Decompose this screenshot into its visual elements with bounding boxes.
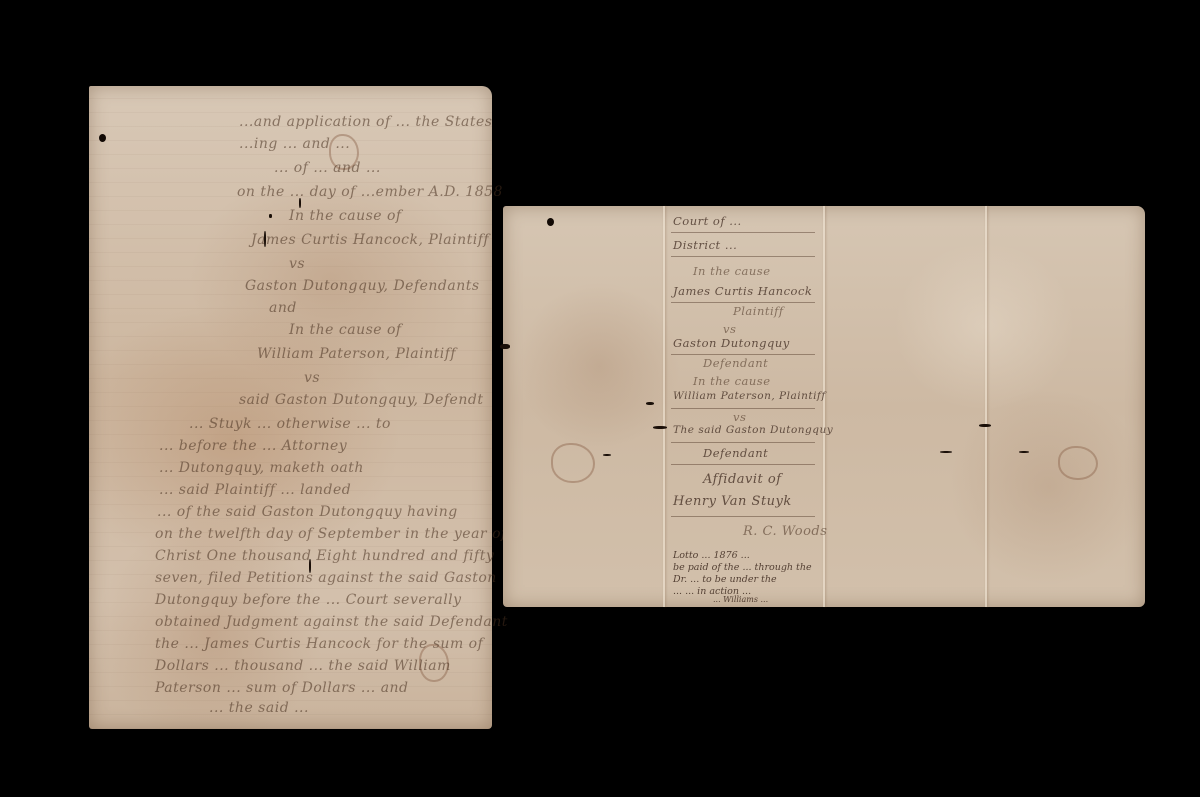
docket-note-line: be paid of the ... through the: [673, 562, 812, 574]
ink-mark: [1019, 451, 1029, 453]
letter-line: ...ing ... and ...: [239, 136, 350, 152]
letter-line: ... of ... and ...: [274, 160, 381, 176]
docket-line: Plaintiff: [733, 304, 784, 318]
letter-line: Paterson ... sum of Dollars ... and: [155, 680, 409, 696]
docket-line: Defendant: [703, 356, 768, 370]
folded-legal-document: Court of ... District ... In the cause J…: [503, 206, 1145, 607]
letter-line: said Gaston Dutongquy, Defendt: [239, 392, 483, 408]
docket-note-line: ... Williams ...: [713, 594, 768, 606]
letter-line: ... of the said Gaston Dutongquy having: [157, 504, 458, 520]
fold-crease: [985, 206, 987, 607]
docket-rule: [671, 442, 815, 443]
letter-line: ... the said ...: [209, 700, 309, 716]
letter-line: and: [269, 300, 297, 316]
letter-line: ... Stuyk ... otherwise ... to: [189, 416, 391, 432]
docket-rule: [671, 302, 815, 303]
letter-line: Dollars ... thousand ... the said Willia…: [155, 658, 451, 674]
docket-line: In the cause: [693, 374, 771, 388]
water-stain: [1058, 446, 1098, 480]
docket-line: Henry Van Stuyk: [673, 494, 792, 509]
letter-line: Gaston Dutongquy, Defendants: [245, 278, 480, 294]
docket-line: vs: [733, 410, 746, 424]
letter-line: ... Dutongquy, maketh oath: [159, 460, 364, 476]
docket-line: District ...: [673, 238, 737, 252]
docket-note-line: Dr. ... to be under the: [673, 574, 777, 586]
docket-line: vs: [723, 322, 736, 336]
docket-panel: Court of ... District ... In the cause J…: [663, 206, 821, 607]
docket-line: William Paterson, Plaintiff: [673, 390, 826, 402]
letter-line: James Curtis Hancock, Plaintiff: [251, 232, 489, 248]
docket-line: In the cause: [693, 264, 771, 278]
letter-line: In the cause of: [289, 208, 402, 224]
docket-line: Court of ...: [673, 214, 742, 228]
letter-line: vs: [289, 256, 305, 272]
docket-rule: [671, 354, 815, 355]
punch-hole: [547, 218, 554, 226]
letter-line: William Paterson, Plaintiff: [257, 346, 456, 362]
ink-mark: [653, 426, 667, 429]
ink-mark: [940, 451, 952, 453]
docket-rule: [671, 516, 815, 517]
docket-line: Defendant: [703, 446, 768, 460]
punch-hole: [99, 134, 106, 142]
handwritten-letter-document: ...and application of ... the States ...…: [89, 86, 492, 729]
ink-mark: [309, 559, 311, 573]
letter-line: Christ One thousand Eight hundred and fi…: [155, 548, 494, 564]
ink-mark: [264, 231, 266, 247]
letter-line: Dutongquy before the ... Court severally: [155, 592, 462, 608]
ink-mark: [603, 454, 611, 456]
docket-line: The said Gaston Dutongquy: [673, 424, 833, 436]
docket-note-line: Lotto ... 1876 ...: [673, 550, 750, 562]
docket-line: Affidavit of: [703, 472, 782, 487]
letter-line: vs: [304, 370, 320, 386]
letter-line: ...and application of ... the States: [239, 114, 492, 130]
letter-line: on the ... day of ...ember A.D. 1858: [237, 184, 503, 200]
docket-line: Gaston Dutongquy: [673, 336, 790, 350]
ink-mark: [979, 424, 991, 427]
edge-tear: [500, 344, 510, 349]
fold-crease: [823, 206, 825, 607]
letter-line: the ... James Curtis Hancock for the sum…: [155, 636, 483, 652]
water-stain: [551, 443, 595, 483]
letter-line: obtained Judgment against the said Defen…: [155, 614, 508, 630]
ink-mark: [646, 402, 654, 405]
letter-line: seven, filed Petitions against the said …: [155, 570, 497, 586]
ink-mark: [299, 198, 301, 208]
docket-rule: [671, 256, 815, 257]
docket-rule: [671, 464, 815, 465]
letter-line: In the cause of: [289, 322, 402, 338]
docket-line: R. C. Woods: [743, 524, 827, 539]
letter-line: on the twelfth day of September in the y…: [155, 526, 507, 542]
ink-mark: [269, 214, 272, 218]
letter-line: ... before the ... Attorney: [159, 438, 347, 454]
docket-rule: [671, 232, 815, 233]
docket-line: James Curtis Hancock: [673, 284, 812, 298]
docket-rule: [671, 408, 815, 409]
letter-line: ... said Plaintiff ... landed: [159, 482, 351, 498]
